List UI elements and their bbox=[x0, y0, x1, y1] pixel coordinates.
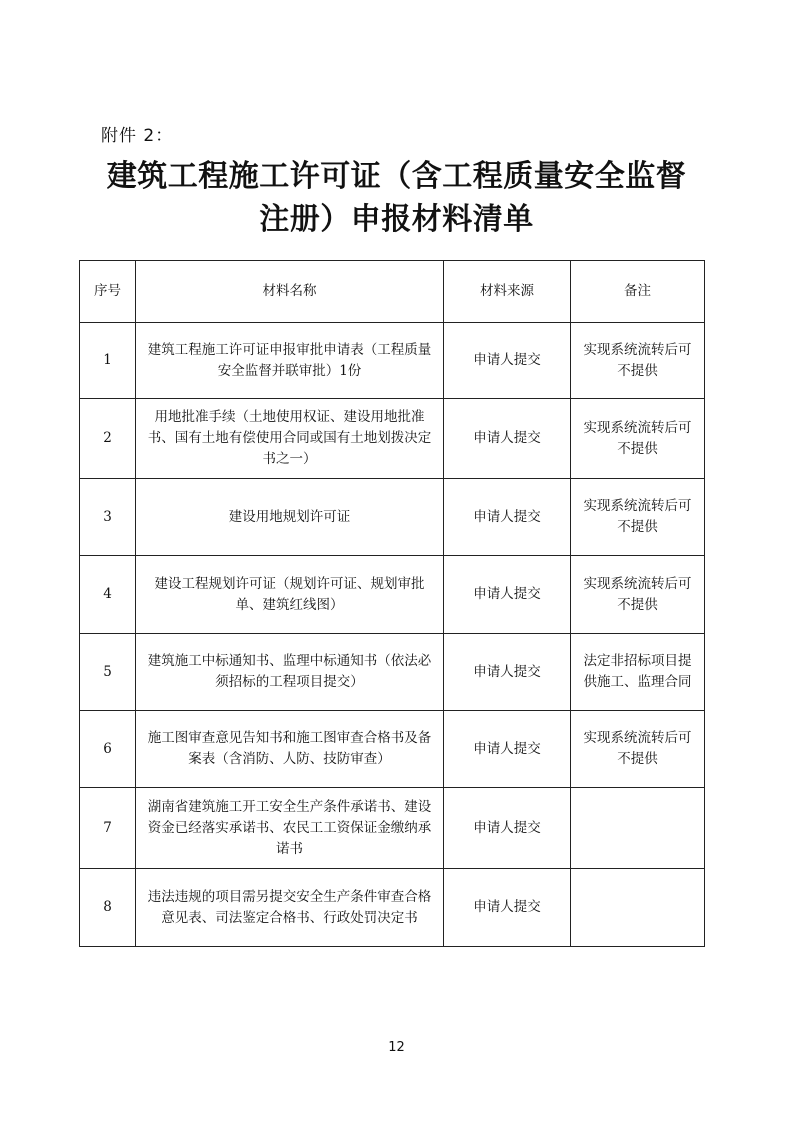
material-name-cell: 建设用地规划许可证 bbox=[136, 479, 444, 556]
header-material-source: 材料来源 bbox=[444, 261, 571, 323]
material-source-cell: 申请人提交 bbox=[444, 788, 571, 869]
material-name-cell: 湖南省建筑施工开工安全生产条件承诺书、建设资金已经落实承诺书、农民工工资保证金缴… bbox=[136, 788, 444, 869]
remarks-cell: 实现系统流转后可不提供 bbox=[571, 711, 705, 788]
material-name-cell: 建设工程规划许可证（规划许可证、规划审批单、建筑红线图） bbox=[136, 556, 444, 634]
document-title-line-1: 建筑工程施工许可证（含工程质量安全监督 bbox=[80, 155, 713, 199]
page-number: 12 bbox=[0, 1040, 793, 1055]
table-row: 6施工图审查意见告知书和施工图审查合格书及备案表（含消防、人防、技防审查）申请人… bbox=[80, 711, 705, 788]
remarks-cell bbox=[571, 788, 705, 869]
row-number-cell: 7 bbox=[80, 788, 136, 869]
document-title-line-2: 注册）申报材料清单 bbox=[80, 198, 713, 242]
row-number-cell: 8 bbox=[80, 869, 136, 947]
material-source-cell: 申请人提交 bbox=[444, 634, 571, 711]
table-row: 7湖南省建筑施工开工安全生产条件承诺书、建设资金已经落实承诺书、农民工工资保证金… bbox=[80, 788, 705, 869]
material-name-cell: 建筑工程施工许可证申报审批申请表（工程质量安全监督并联审批）1份 bbox=[136, 323, 444, 399]
material-name-cell: 用地批准手续（土地使用权证、建设用地批准书、国有土地有偿使用合同或国有土地划拨决… bbox=[136, 399, 444, 479]
material-name-cell: 建筑施工中标通知书、监理中标通知书（依法必须招标的工程项目提交） bbox=[136, 634, 444, 711]
attachment-label: 附件 2： bbox=[101, 121, 173, 146]
table-row: 4建设工程规划许可证（规划许可证、规划审批单、建筑红线图）申请人提交实现系统流转… bbox=[80, 556, 705, 634]
header-no: 序号 bbox=[80, 261, 136, 323]
remarks-cell: 实现系统流转后可不提供 bbox=[571, 399, 705, 479]
material-source-cell: 申请人提交 bbox=[444, 323, 571, 399]
material-source-cell: 申请人提交 bbox=[444, 556, 571, 634]
material-source-cell: 申请人提交 bbox=[444, 399, 571, 479]
remarks-cell: 法定非招标项目提供施工、监理合同 bbox=[571, 634, 705, 711]
header-material-name: 材料名称 bbox=[136, 261, 444, 323]
material-source-cell: 申请人提交 bbox=[444, 479, 571, 556]
material-name-cell: 违法违规的项目需另提交安全生产条件审查合格意见表、司法鉴定合格书、行政处罚决定书 bbox=[136, 869, 444, 947]
material-source-cell: 申请人提交 bbox=[444, 869, 571, 947]
row-number-cell: 4 bbox=[80, 556, 136, 634]
row-number-cell: 5 bbox=[80, 634, 136, 711]
table-row: 5建筑施工中标通知书、监理中标通知书（依法必须招标的工程项目提交）申请人提交法定… bbox=[80, 634, 705, 711]
row-number-cell: 1 bbox=[80, 323, 136, 399]
header-remarks: 备注 bbox=[571, 261, 705, 323]
materials-table: 序号 材料名称 材料来源 备注 1建筑工程施工许可证申报审批申请表（工程质量安全… bbox=[79, 260, 705, 947]
material-source-cell: 申请人提交 bbox=[444, 711, 571, 788]
table-row: 2用地批准手续（土地使用权证、建设用地批准书、国有土地有偿使用合同或国有土地划拨… bbox=[80, 399, 705, 479]
remarks-cell bbox=[571, 869, 705, 947]
table-row: 3建设用地规划许可证申请人提交实现系统流转后可不提供 bbox=[80, 479, 705, 556]
row-number-cell: 2 bbox=[80, 399, 136, 479]
remarks-cell: 实现系统流转后可不提供 bbox=[571, 556, 705, 634]
row-number-cell: 6 bbox=[80, 711, 136, 788]
table-row: 8违法违规的项目需另提交安全生产条件审查合格意见表、司法鉴定合格书、行政处罚决定… bbox=[80, 869, 705, 947]
remarks-cell: 实现系统流转后可不提供 bbox=[571, 323, 705, 399]
table-header-row: 序号 材料名称 材料来源 备注 bbox=[80, 261, 705, 323]
row-number-cell: 3 bbox=[80, 479, 136, 556]
material-name-cell: 施工图审查意见告知书和施工图审查合格书及备案表（含消防、人防、技防审查） bbox=[136, 711, 444, 788]
remarks-cell: 实现系统流转后可不提供 bbox=[571, 479, 705, 556]
table-row: 1建筑工程施工许可证申报审批申请表（工程质量安全监督并联审批）1份申请人提交实现… bbox=[80, 323, 705, 399]
